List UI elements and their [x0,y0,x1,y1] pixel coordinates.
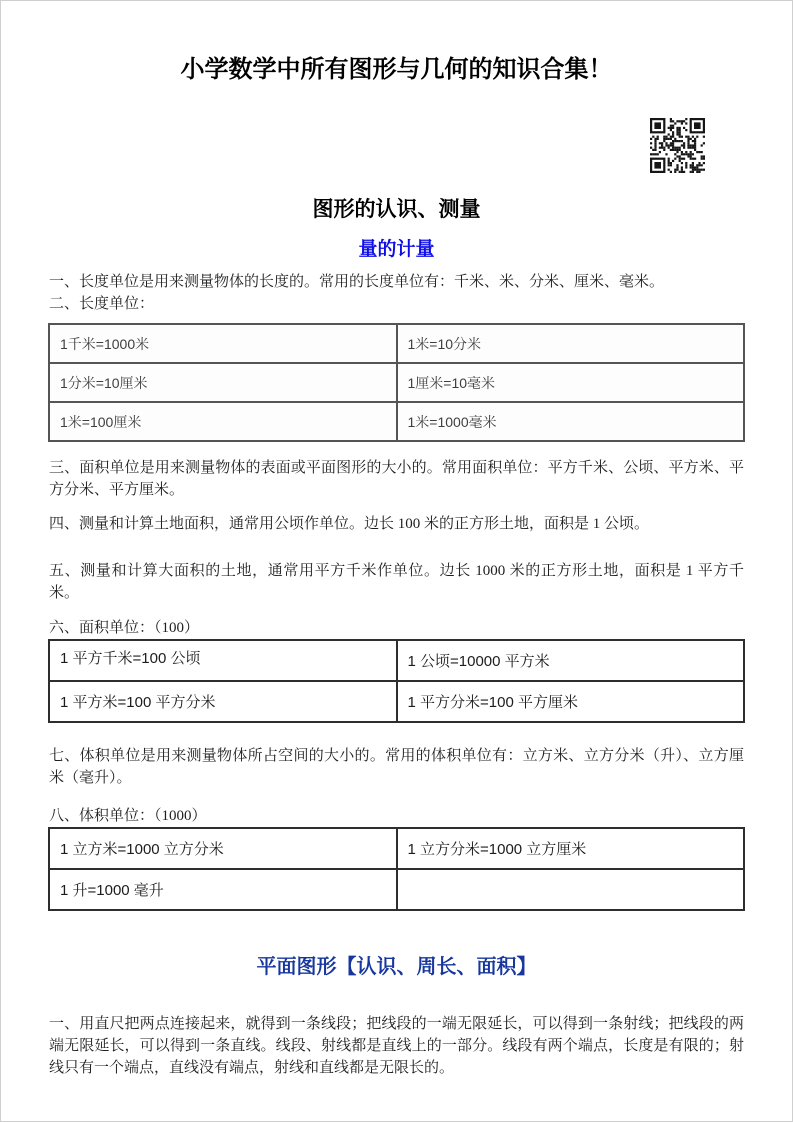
table-cell: 1米=1000毫米 [397,402,745,441]
para-volume-units-label: 八、体积单位：（1000） [49,805,744,827]
table-row: 1 升=1000 毫升 [49,869,744,910]
table-cell: 1 平方分米=100 平方厘米 [397,681,745,722]
plane-figures-heading: 平面图形【认识、周长、面积】 [49,955,744,979]
para-line-segment: 一、用直尺把两点连接起来，就得到一条线段；把线段的一端无限延长，可以得到一条射线… [49,1013,744,1079]
table-row: 1 立方米=1000 立方分米1 立方分米=1000 立方厘米 [49,828,744,869]
table-row: 1米=100厘米1米=1000毫米 [49,402,744,441]
table-cell: 1 平方千米=100 公顷 [49,640,397,681]
para-length-units: 一、长度单位是用来测量物体的长度的。常用的长度单位有：千米、米、分米、厘米、毫米… [49,271,744,293]
area-units-table: 1 平方千米=100 公顷1 公顷=10000 平方米1 平方米=100 平方分… [48,639,745,723]
table-cell: 1 立方分米=1000 立方厘米 [397,828,745,869]
para-area-units: 三、面积单位是用来测量物体的表面或平面图形的大小的。常用面积单位：平方千米、公顷… [49,457,744,501]
table-cell [397,869,745,910]
table-row: 1分米=10厘米1厘米=10毫米 [49,363,744,402]
qr-code [650,118,705,173]
table-row: 1 平方米=100 平方分米1 平方分米=100 平方厘米 [49,681,744,722]
para-square-km: 五、测量和计算大面积的土地，通常用平方千米作单位。边长 1000 米的正方形土地… [49,560,744,604]
length-units-table: 1千米=1000米1米=10分米1分米=10厘米1厘米=10毫米1米=100厘米… [48,323,745,442]
table-cell: 1千米=1000米 [49,324,397,363]
table-cell: 1米=10分米 [397,324,745,363]
table-cell: 1 立方米=1000 立方分米 [49,828,397,869]
table-cell: 1 升=1000 毫升 [49,869,397,910]
document-page: 小学数学中所有图形与几何的知识合集！ 图形的认识、测量 量的计量 一、长度单位是… [0,0,793,1122]
para-volume-units: 七、体积单位是用来测量物体所占空间的大小的。常用的体积单位有：立方米、立方分米（… [49,745,744,789]
table-row: 1 平方千米=100 公顷1 公顷=10000 平方米 [49,640,744,681]
table-cell: 1厘米=10毫米 [397,363,745,402]
volume-units-table: 1 立方米=1000 立方分米1 立方分米=1000 立方厘米1 升=1000 … [48,827,745,911]
table-cell: 1 平方米=100 平方分米 [49,681,397,722]
table-cell: 1分米=10厘米 [49,363,397,402]
para-area-units-label: 六、面积单位：（100） [49,617,744,639]
table-cell: 1米=100厘米 [49,402,397,441]
section-title: 图形的认识、测量 [49,196,744,222]
table-row: 1千米=1000米1米=10分米 [49,324,744,363]
table-cell: 1 公顷=10000 平方米 [397,640,745,681]
para-length-units-label: 二、长度单位： [49,293,744,315]
document-title: 小学数学中所有图形与几何的知识合集！ [1,1,792,84]
para-hectare: 四、测量和计算土地面积，通常用公顷作单位。边长 100 米的正方形土地，面积是 … [49,513,744,535]
measurement-heading: 量的计量 [49,239,744,261]
